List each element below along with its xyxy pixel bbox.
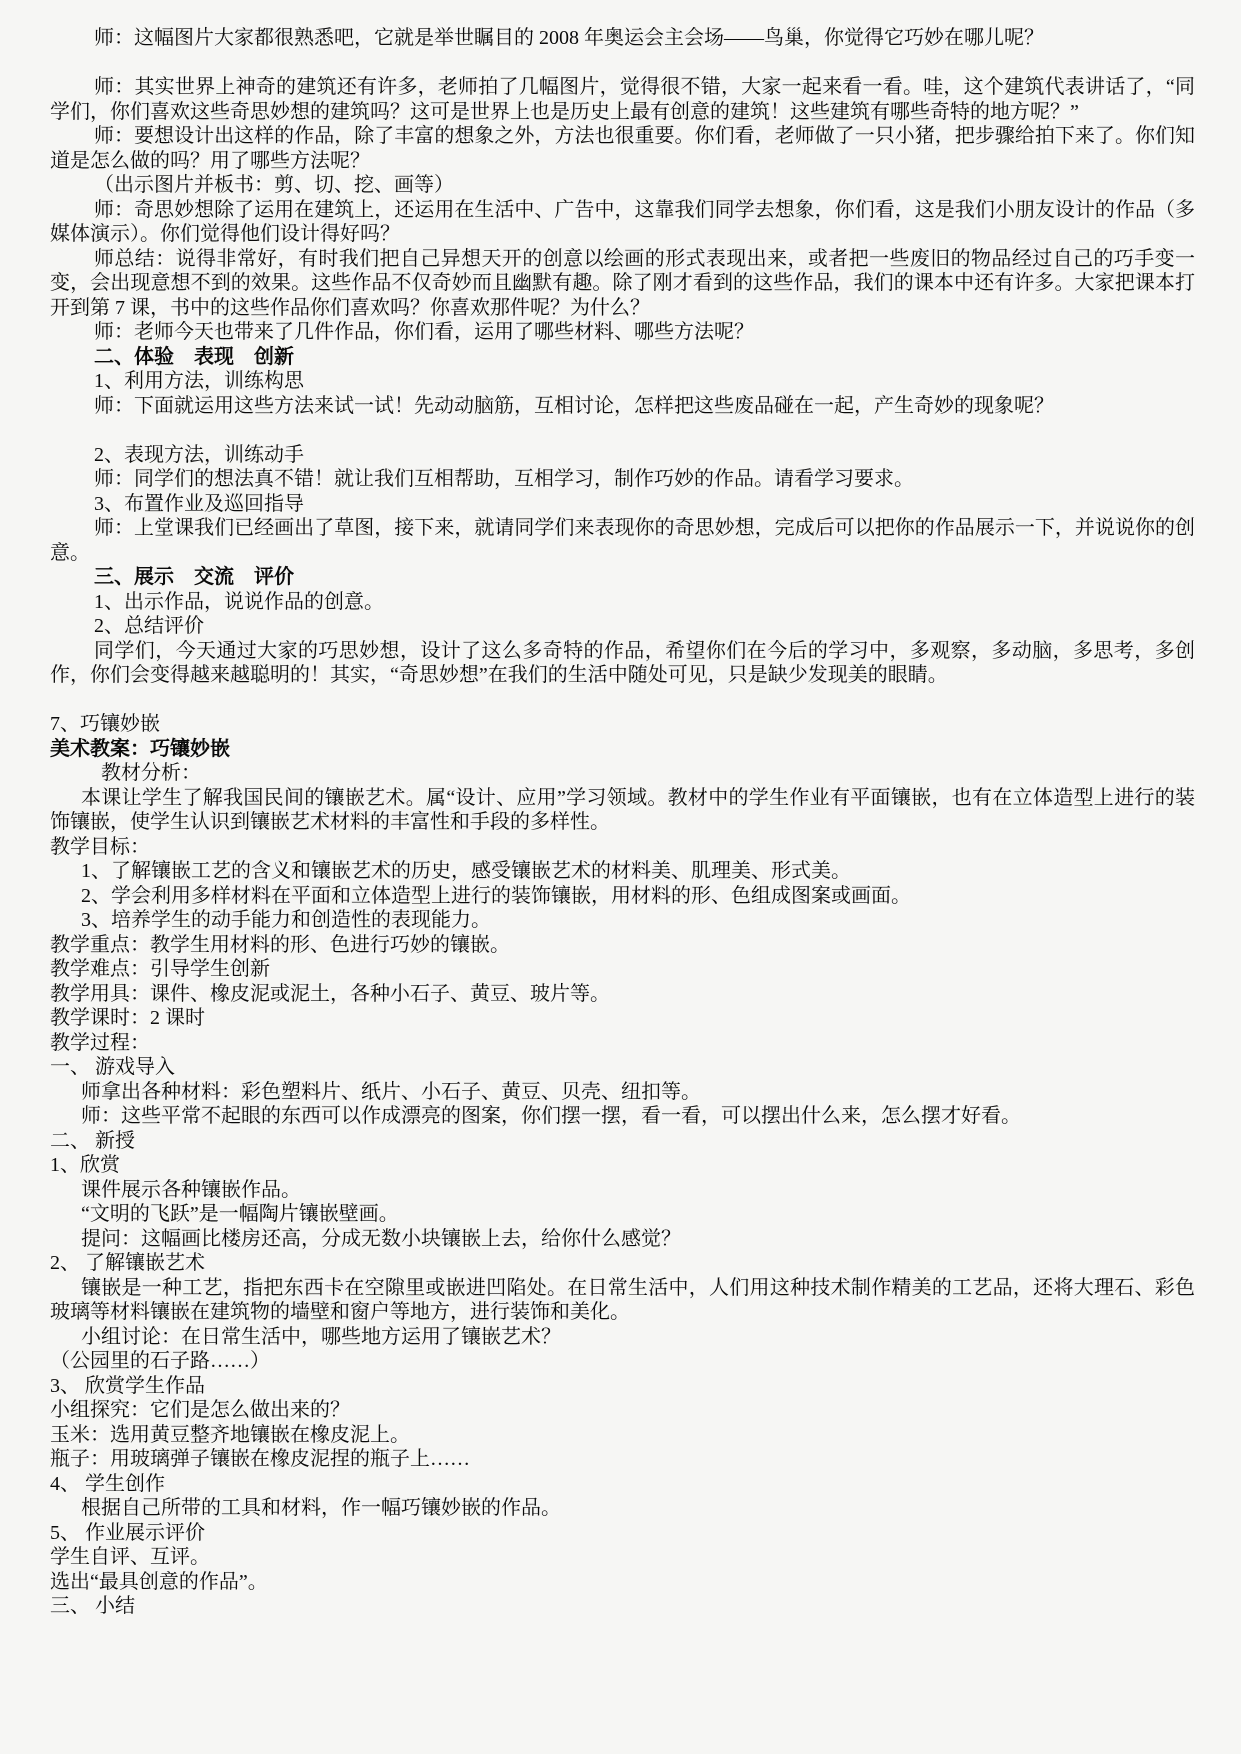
paragraph: 师总结：说得非常好，有时我们把自己异想天开的创意以绘画的形式表现出来，或者把一些…	[50, 247, 1195, 321]
paragraph: 师拿出各种材料：彩色塑料片、纸片、小石子、黄豆、贝壳、纽扣等。	[81, 1080, 1195, 1105]
blank-line	[50, 688, 1195, 713]
paragraph: 二、体验 表现 创新	[50, 345, 1195, 370]
blank-line	[50, 418, 1195, 443]
paragraph: 学生自评、互评。	[50, 1545, 1195, 1570]
paragraph: 美术教案：巧镶妙嵌	[50, 737, 1195, 762]
paragraph: 师：老师今天也带来了几件作品，你们看，运用了哪些材料、哪些方法呢？	[50, 320, 1195, 345]
paragraph: 提问：这幅画比楼房还高，分成无数小块镶嵌上去，给你什么感觉？	[81, 1227, 1195, 1252]
paragraph: 7、巧镶妙嵌	[50, 712, 1195, 737]
paragraph: 一、 游戏导入	[50, 1055, 1195, 1080]
paragraph: 教材分析：	[101, 761, 1195, 786]
paragraph: 师：同学们的想法真不错！就让我们互相帮助，互相学习，制作巧妙的作品。请看学习要求…	[50, 467, 1195, 492]
paragraph: 师：要想设计出这样的作品，除了丰富的想象之外，方法也很重要。你们看，老师做了一只…	[50, 124, 1195, 173]
paragraph: 教学过程：	[50, 1031, 1195, 1056]
paragraph: 教学课时：2 课时	[50, 1006, 1195, 1031]
paragraph: 教学用具：课件、橡皮泥或泥土，各种小石子、黄豆、玻片等。	[50, 982, 1195, 1007]
document-page: 师：这幅图片大家都很熟悉吧，它就是举世瞩目的 2008 年奥运会主会场——鸟巢，…	[0, 0, 1241, 1754]
paragraph: 师：其实世界上神奇的建筑还有许多，老师拍了几幅图片，觉得很不错，大家一起来看一看…	[50, 75, 1195, 124]
paragraph: 2、总结评价	[50, 614, 1195, 639]
paragraph: 瓶子：用玻璃弹子镶嵌在橡皮泥捏的瓶子上……	[50, 1447, 1195, 1472]
paragraph: 4、 学生创作	[50, 1472, 1195, 1497]
paragraph: 2、 了解镶嵌艺术	[50, 1251, 1195, 1276]
paragraph: “文明的飞跃”是一幅陶片镶嵌壁画。	[81, 1202, 1195, 1227]
paragraph: 教学难点：引导学生创新	[50, 957, 1195, 982]
paragraph: 根据自己所带的工具和材料，作一幅巧镶妙嵌的作品。	[81, 1496, 1195, 1521]
paragraph: 师：这幅图片大家都很熟悉吧，它就是举世瞩目的 2008 年奥运会主会场——鸟巢，…	[50, 26, 1195, 51]
paragraph: 镶嵌是一种工艺，指把东西卡在空隙里或嵌进凹陷处。在日常生活中，人们用这种技术制作…	[50, 1276, 1195, 1325]
paragraph: 2、学会利用多样材料在平面和立体造型上进行的装饰镶嵌，用材料的形、色组成图案或画…	[81, 884, 1195, 909]
paragraph: 3、布置作业及巡回指导	[50, 492, 1195, 517]
paragraph: 1、出示作品，说说作品的创意。	[50, 590, 1195, 615]
document-body: 师：这幅图片大家都很熟悉吧，它就是举世瞩目的 2008 年奥运会主会场——鸟巢，…	[50, 26, 1195, 1619]
paragraph: 教学目标：	[50, 835, 1195, 860]
paragraph: 小组讨论：在日常生活中，哪些地方运用了镶嵌艺术？	[81, 1325, 1195, 1350]
paragraph: 3、培养学生的动手能力和创造性的表现能力。	[81, 908, 1195, 933]
blank-line	[50, 51, 1195, 76]
paragraph: 教学重点：教学生用材料的形、色进行巧妙的镶嵌。	[50, 933, 1195, 958]
paragraph: 师：奇思妙想除了运用在建筑上，还运用在生活中、广告中，这靠我们同学去想象，你们看…	[50, 198, 1195, 247]
paragraph: 师：这些平常不起眼的东西可以作成漂亮的图案，你们摆一摆，看一看，可以摆出什么来，…	[81, 1104, 1195, 1129]
paragraph: （出示图片并板书：剪、切、挖、画等）	[50, 173, 1195, 198]
paragraph: 1、利用方法，训练构思	[50, 369, 1195, 394]
paragraph: 课件展示各种镶嵌作品。	[81, 1178, 1195, 1203]
paragraph: 二、 新授	[50, 1129, 1195, 1154]
paragraph: 师：下面就运用这些方法来试一试！先动动脑筋，互相讨论，怎样把这些废品碰在一起，产…	[50, 394, 1195, 419]
paragraph: 三、展示 交流 评价	[50, 565, 1195, 590]
paragraph: 师：上堂课我们已经画出了草图，接下来，就请同学们来表现你的奇思妙想，完成后可以把…	[50, 516, 1195, 565]
paragraph: 1、了解镶嵌工艺的含义和镶嵌艺术的历史，感受镶嵌艺术的材料美、肌理美、形式美。	[81, 859, 1195, 884]
paragraph: 玉米：选用黄豆整齐地镶嵌在橡皮泥上。	[50, 1423, 1195, 1448]
paragraph: 小组探究：它们是怎么做出来的？	[50, 1398, 1195, 1423]
paragraph: 三、 小结	[50, 1594, 1195, 1619]
paragraph: 同学们，今天通过大家的巧思妙想，设计了这么多奇特的作品，希望你们在今后的学习中，…	[50, 639, 1195, 688]
paragraph: 选出“最具创意的作品”。	[50, 1570, 1195, 1595]
paragraph: 1、欣赏	[50, 1153, 1195, 1178]
paragraph: 2、表现方法，训练动手	[50, 443, 1195, 468]
paragraph: 5、 作业展示评价	[50, 1521, 1195, 1546]
paragraph: （公园里的石子路……）	[50, 1349, 1195, 1374]
paragraph: 本课让学生了解我国民间的镶嵌艺术。属“设计、应用”学习领域。教材中的学生作业有平…	[50, 786, 1195, 835]
paragraph: 3、 欣赏学生作品	[50, 1374, 1195, 1399]
